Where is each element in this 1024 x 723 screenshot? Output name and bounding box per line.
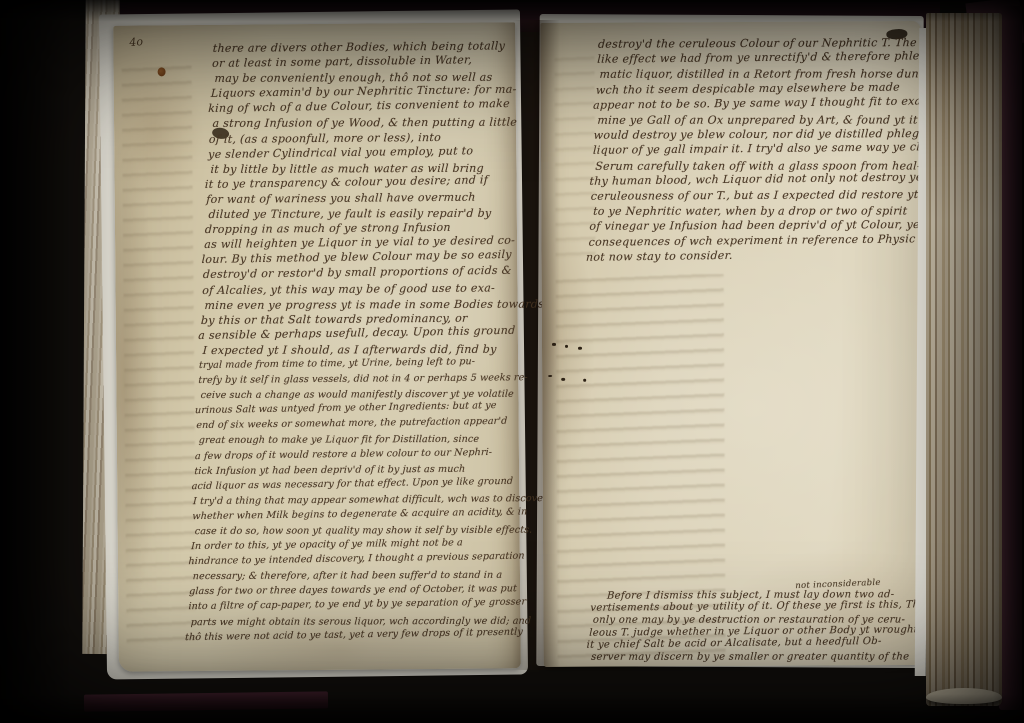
ink-speck: [583, 379, 586, 382]
ink-speck: [565, 345, 568, 348]
page-edges-fore-edge-stack: [926, 13, 1002, 706]
ink-speck: [578, 347, 582, 350]
page-edges-bottom-curve: [926, 688, 1002, 704]
gutter-shadow: [512, 20, 560, 670]
left-page-text: there are divers other Bodies, which bei…: [187, 38, 531, 645]
book-cover-right-board: [999, 6, 1022, 710]
folio-number: 4o: [129, 35, 144, 49]
manuscript-photo: 4o there are divers other Bodies, which …: [0, 0, 1024, 723]
right-page-text-top: destroy'd the ceruleous Colour of our Ne…: [588, 35, 923, 265]
right-page: destroy'd the ceruleous Colour of our Ne…: [540, 21, 923, 667]
book-cover-bottom-edge: [84, 691, 328, 711]
ink-showthrough-left-margin: [122, 63, 197, 649]
ink-speck: [561, 378, 565, 381]
left-page: 4o there are divers other Bodies, which …: [113, 22, 521, 671]
ink-blot: [158, 67, 166, 76]
right-page-text-bottom: Before I dismiss this subject, I must la…: [588, 589, 927, 664]
